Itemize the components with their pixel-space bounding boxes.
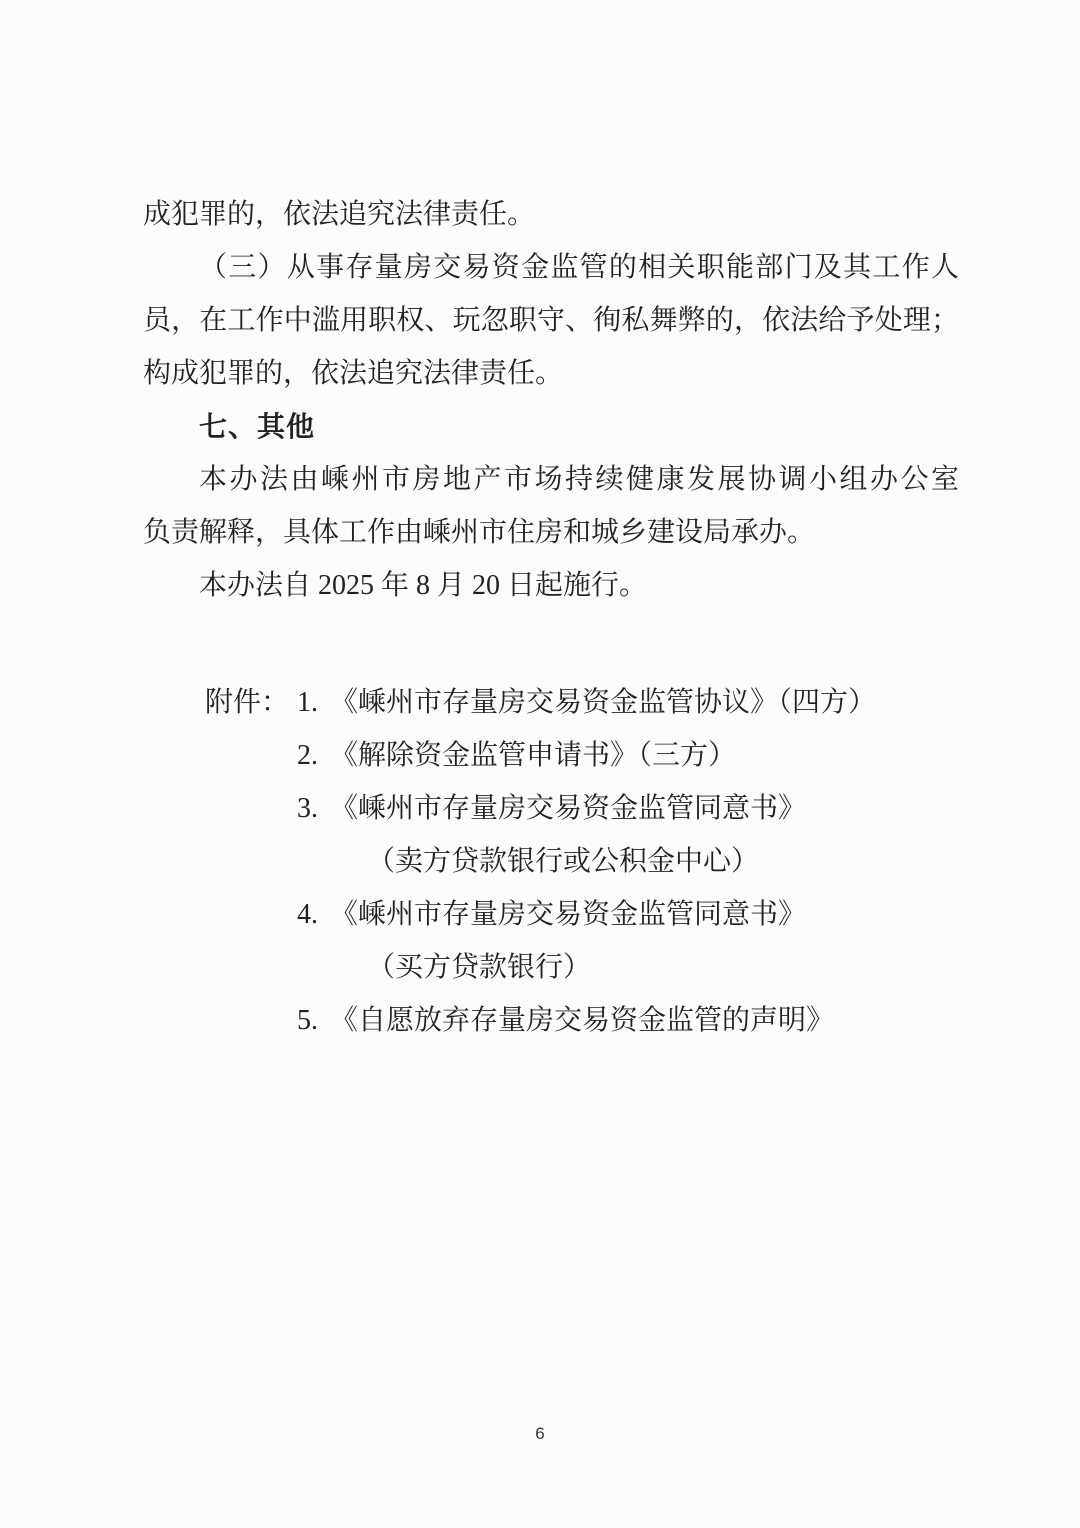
paragraph-interpretation-line2: 负责解释，具体工作由嵊州市住房和城乡建设局承办。 xyxy=(143,506,959,559)
attachment-title: 《自愿放弃存量房交易资金监管的声明》 xyxy=(330,1005,834,1036)
attachment-number: 4. xyxy=(297,888,330,941)
paragraph-effective-date: 本办法自 2025 年 8 月 20 日起施行。 xyxy=(143,559,959,612)
attachment-title: 《嵊州市存量房交易资金监管同意书》 xyxy=(330,793,806,824)
attachment-number: 2. xyxy=(297,729,330,782)
section-heading-other: 七、其他 xyxy=(143,400,959,453)
attachment-item-2: 2.《解除资金监管申请书》（三方） xyxy=(297,729,959,782)
attachment-title: 《嵊州市存量房交易资金监管同意书》 xyxy=(330,899,806,930)
document-page: 成犯罪的，依法追究法律责任。 （三）从事存量房交易资金监管的相关职能部门及其工作… xyxy=(0,0,1080,1528)
attachment-title: 《嵊州市存量房交易资金监管协议》（四方） xyxy=(330,687,876,718)
attachment-item-1: 附件： 1.《嵊州市存量房交易资金监管协议》（四方） xyxy=(143,676,959,729)
attachment-number: 3. xyxy=(297,782,330,835)
attachment-item-3-subnote: （卖方贷款银行或公积金中心） xyxy=(367,835,959,888)
paragraph-interpretation-line1: 本办法由嵊州市房地产市场持续健康发展协调小组办公室 xyxy=(143,453,959,506)
attachment-title: 《解除资金监管申请书》（三方） xyxy=(330,740,736,771)
page-number: 6 xyxy=(0,1424,1080,1444)
attachments-label: 附件： xyxy=(205,676,297,729)
attachment-entry: 1.《嵊州市存量房交易资金监管协议》（四方） xyxy=(297,676,876,729)
paragraph-item3-line1: （三）从事存量房交易资金监管的相关职能部门及其工作人 xyxy=(143,241,959,294)
paragraph-item3-line2: 员，在工作中滥用职权、玩忽职守、徇私舞弊的，依法给予处理； xyxy=(143,294,959,347)
attachment-item-3: 3.《嵊州市存量房交易资金监管同意书》 xyxy=(297,782,959,835)
attachment-item-4-subnote: （买方贷款银行） xyxy=(367,941,959,994)
attachment-item-5: 5.《自愿放弃存量房交易资金监管的声明》 xyxy=(297,994,959,1047)
attachment-number: 1. xyxy=(297,676,330,729)
attachment-item-4: 4.《嵊州市存量房交易资金监管同意书》 xyxy=(297,888,959,941)
document-body: 成犯罪的，依法追究法律责任。 （三）从事存量房交易资金监管的相关职能部门及其工作… xyxy=(143,188,959,1047)
attachments-list: 附件： 1.《嵊州市存量房交易资金监管协议》（四方） 2.《解除资金监管申请书》… xyxy=(143,676,959,1047)
attachment-number: 5. xyxy=(297,994,330,1047)
paragraph-legal-continuation: 成犯罪的，依法追究法律责任。 xyxy=(143,188,959,241)
paragraph-item3-line3: 构成犯罪的，依法追究法律责任。 xyxy=(143,347,959,400)
